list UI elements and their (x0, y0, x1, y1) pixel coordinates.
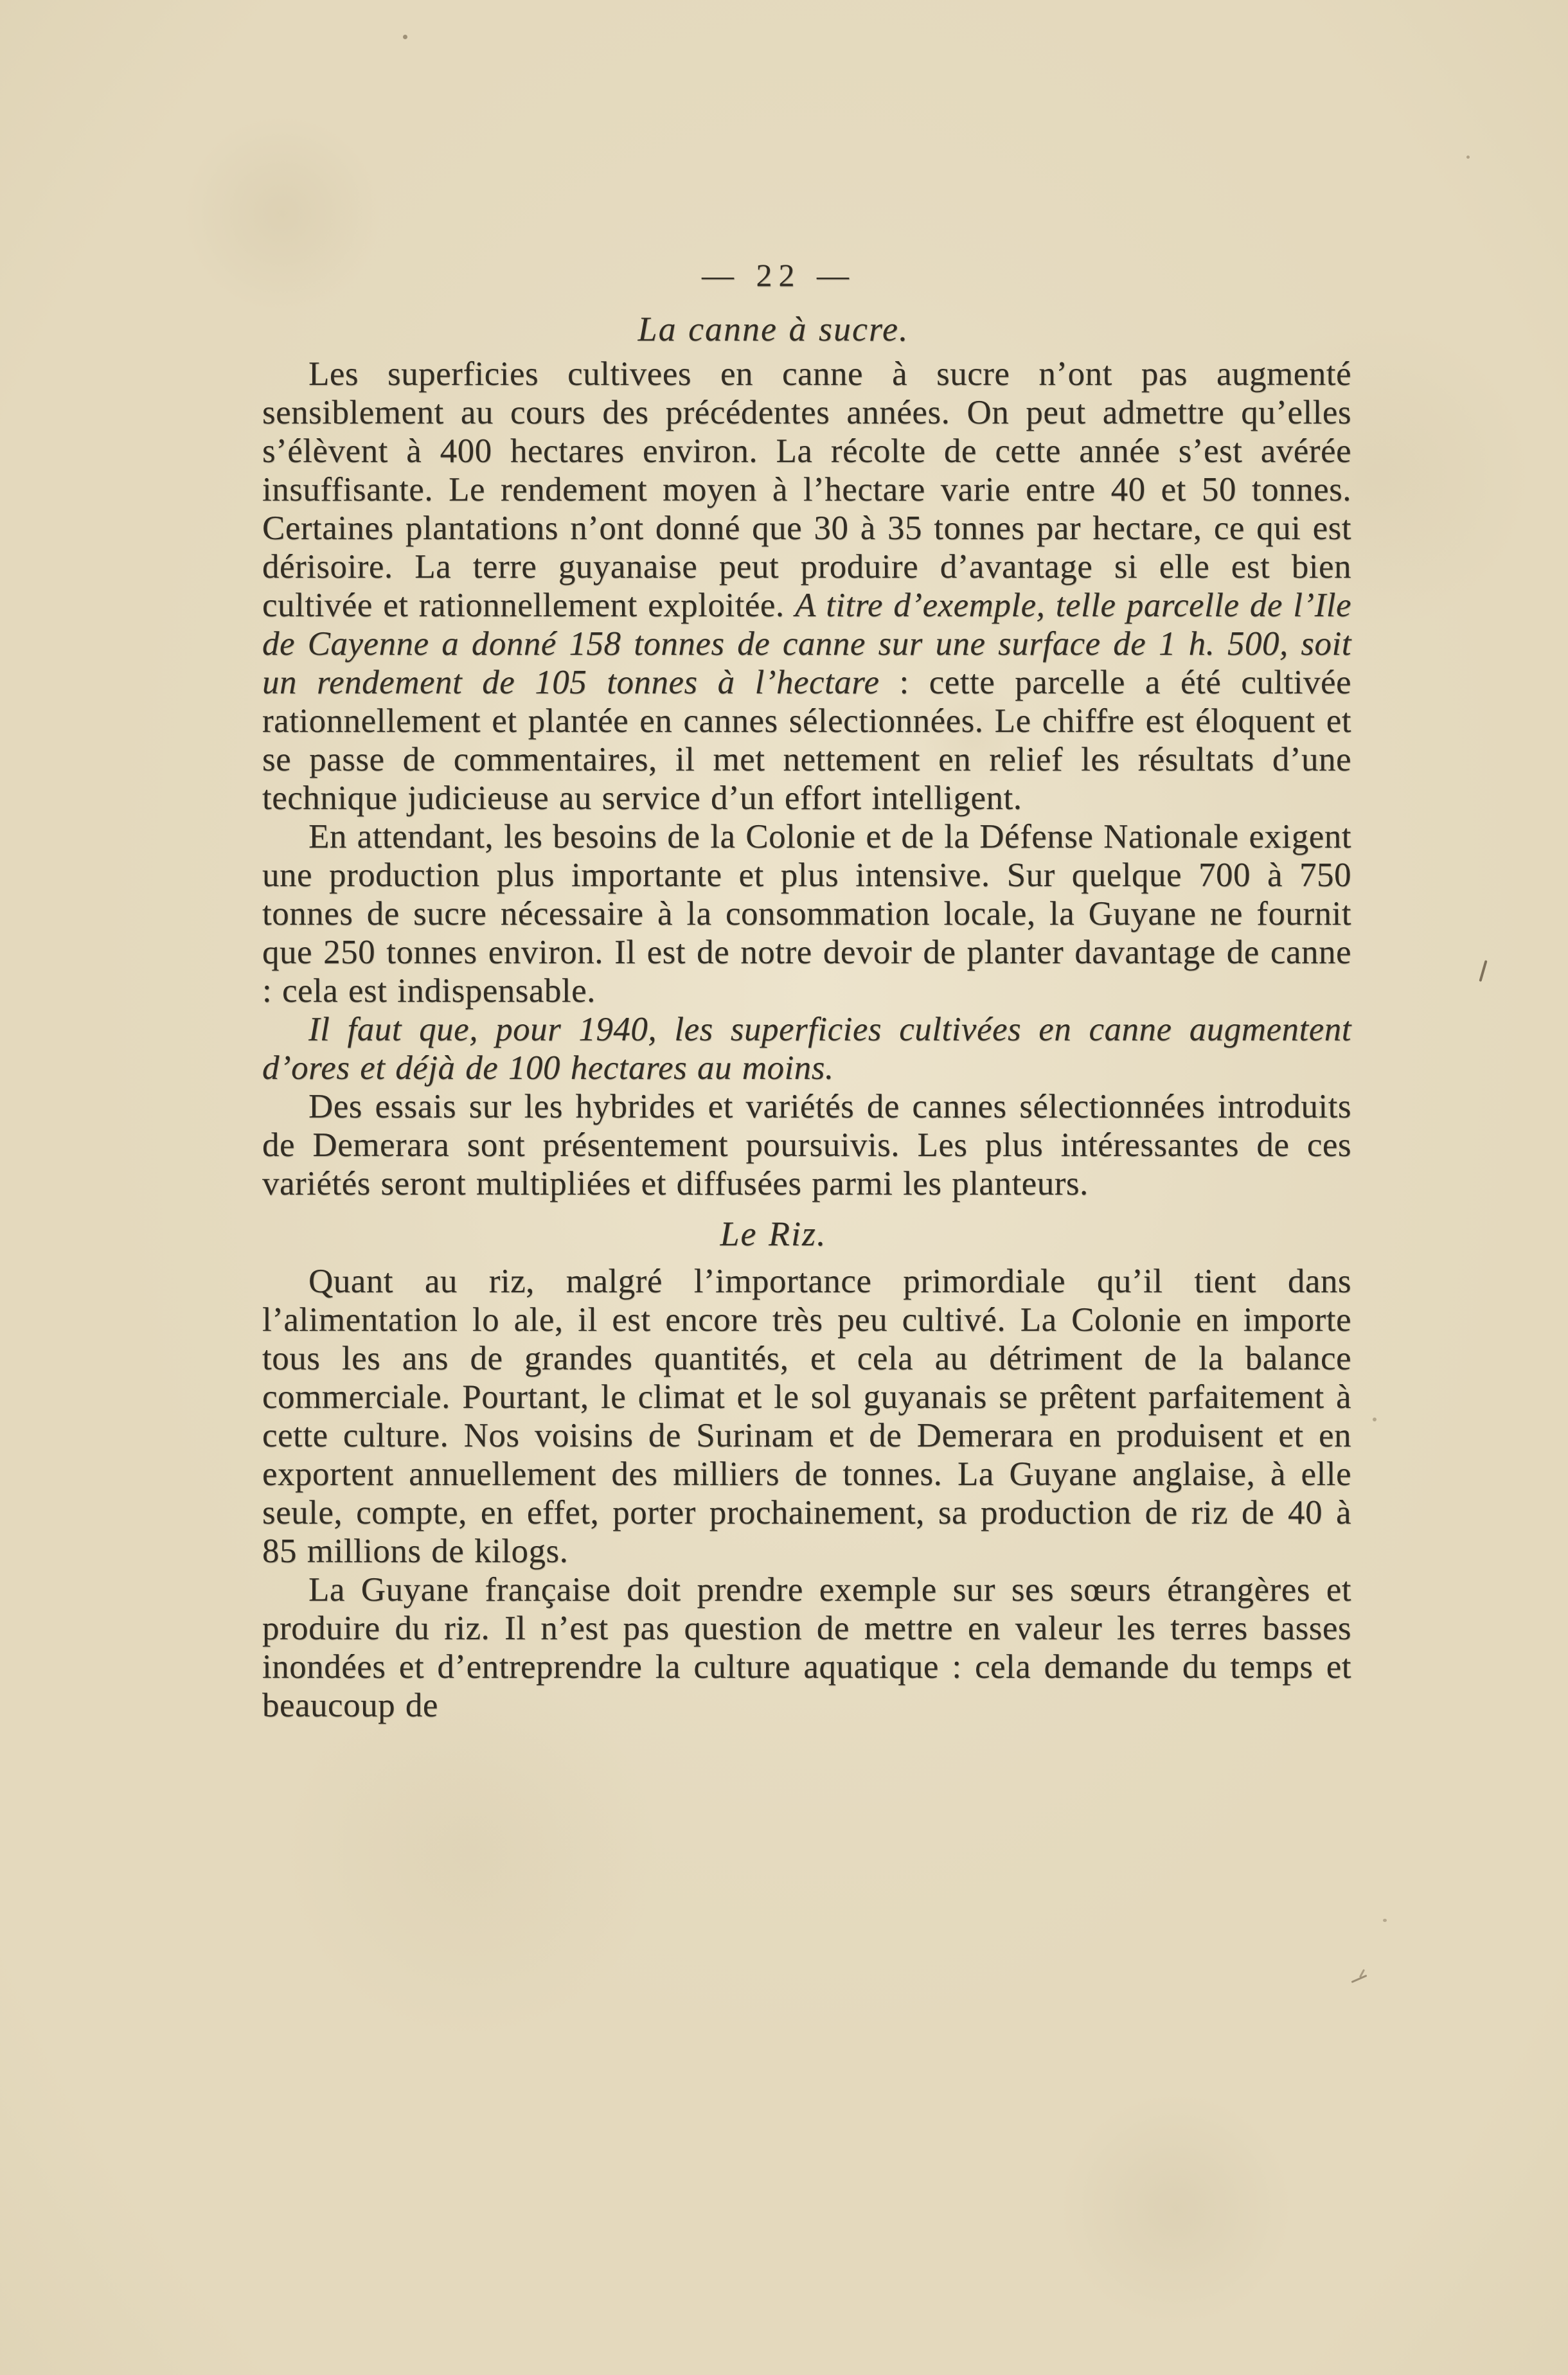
paragraph-essais-hybrides: Des essais sur les hybrides et variétés … (262, 1087, 1351, 1203)
paragraph-besoins-colonie: En attendant, les besoins de la Colonie … (262, 817, 1351, 1010)
scan-artifact-ink-tick (1479, 960, 1487, 982)
paragraph-riz-guyane-francaise: La Guyane française doit prendre exemple… (262, 1570, 1351, 1725)
paragraph-objectif-1940: Il faut que, pour 1940, les superficies … (262, 1010, 1351, 1087)
scan-artifact-pen-mark (1359, 1969, 1365, 1978)
scan-artifact-speck (1466, 156, 1470, 159)
scan-artifact-speck (403, 35, 407, 39)
section-heading-canne-a-sucre: La canne à sucre. (229, 310, 1318, 348)
text-column: — 22 — La canne à sucre. Les superficies… (262, 256, 1351, 1725)
scanned-document-page: — 22 — La canne à sucre. Les superficies… (0, 0, 1568, 2375)
scan-artifact-speck (1383, 1919, 1387, 1922)
scan-artifact-speck (1373, 1418, 1376, 1421)
section-heading-le-riz: Le Riz. (229, 1214, 1318, 1253)
paragraph-superficies-cannes: Les superficies cultivees en canne à suc… (262, 355, 1351, 817)
scan-artifact-pen-mark (1351, 1975, 1368, 1983)
paragraph-superficies-roman-start: Les superficies cultivees en canne à suc… (262, 355, 1351, 624)
paragraph-riz-importation: Quant au riz, malgré l’importance primor… (262, 1262, 1351, 1570)
page-number: — 22 — (234, 256, 1323, 294)
